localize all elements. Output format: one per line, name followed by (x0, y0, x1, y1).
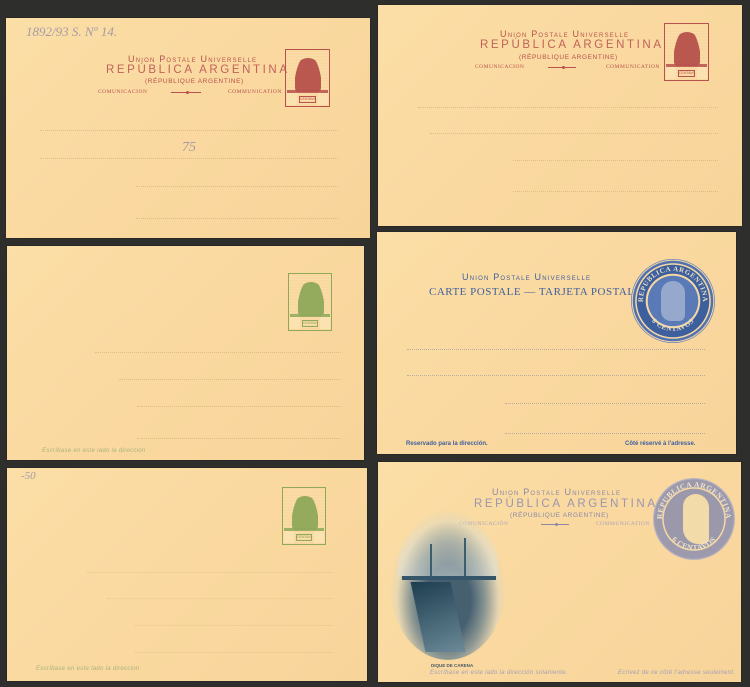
svg-text:6 CENTAVOS: 6 CENTAVOS (670, 535, 718, 552)
photo-caption: DIQUE DE CARENA (431, 663, 473, 668)
address-line (513, 191, 718, 192)
postcard-4: Union Postale Universelle CARTE POSTALE … (377, 232, 736, 454)
postcard-1: 1892/93 S. Nº 14. Union Postale Universe… (6, 18, 370, 238)
address-line (418, 107, 718, 108)
stamp-value-right: 6 (697, 67, 707, 79)
address-line (95, 352, 341, 353)
footnote-right: Ecrivez de ce côté l'adresse seulement. (618, 670, 735, 676)
header-upu: Union Postale Universelle (500, 29, 629, 39)
footnote-left: Reservado para la dirección. (406, 441, 488, 447)
header-title: CARTE POSTALE — TARJETA POSTAL (429, 286, 635, 298)
address-line (107, 598, 333, 599)
stamp-label: CENTAVOS (678, 70, 695, 77)
label-communication: COMMUNICATION (596, 521, 650, 527)
svg-text:6 CENTAVOS: 6 CENTAVOS (650, 317, 696, 333)
label-comunicacion: COMUNICACION (98, 89, 147, 95)
address-line (430, 133, 718, 134)
postcard-2: Union Postale Universelle REPÚBLICA ARGE… (378, 5, 742, 226)
stamp-2-centavos: 2 CENTAVOS 2 (282, 487, 326, 545)
stamp-label: CENTAVOS (302, 320, 318, 327)
header-country-fr: (RÉPUBLIQUE ARGENTINE) (145, 78, 244, 85)
address-line (119, 379, 341, 380)
svg-text:REPUBLICA ARGENTINA: REPUBLICA ARGENTINA (655, 480, 733, 520)
postcard-6: Union Postale Universelle REPÚBLICA ARGE… (378, 462, 741, 682)
address-line (137, 438, 341, 439)
stamp-value-right: 6 (318, 93, 328, 105)
stamp-ring-text: REPUBLICA ARGENTINA 6 CENTAVOS (653, 478, 735, 560)
footnote-address: Escríbase en este lado la direccion (42, 448, 146, 454)
header-country: REPÚBLICA ARGENTINA (106, 64, 290, 76)
address-line (505, 403, 705, 404)
address-line (407, 349, 705, 350)
divider-ornament (548, 67, 576, 68)
header-upu: Union Postale Universelle (128, 54, 257, 64)
label-comunicacion: COMUNICACION (475, 64, 524, 70)
address-line (505, 433, 705, 434)
stamp-liberty-head-6-centavos: REPUBLICA ARGENTINA 6 CENTAVOS (631, 259, 715, 343)
handwritten-annotation: 1892/93 S. Nº 14. (26, 24, 117, 40)
label-communication: COMMUNICATION (606, 64, 660, 70)
stamp-value-right: 2 (314, 531, 324, 543)
stamp-6-centavos: 6 CENTAVOS 6 (285, 49, 330, 107)
address-line (136, 186, 338, 187)
header-country-fr: (RÉPUBLIQUE ARGENTINE) (519, 54, 618, 61)
header-upu: Union Postale Universelle (462, 272, 591, 282)
address-line (137, 406, 341, 407)
label-communication: COMMUNICATION (228, 89, 282, 95)
handwritten-mark: 75 (182, 140, 196, 156)
stamp-value-left: 2 (290, 317, 300, 329)
postcard-5: -50 2 CENTAVOS 2 Escríbase en este lado … (7, 468, 367, 681)
address-line (87, 572, 333, 573)
stamp-value-left: 6 (666, 67, 676, 79)
address-line (136, 218, 338, 219)
svg-text:REPUBLICA ARGENTINA: REPUBLICA ARGENTINA (637, 265, 709, 302)
postcard-3: 2 CENTAVOS 2 Escríbase en este lado la d… (7, 246, 364, 460)
divider-ornament (541, 524, 569, 525)
footnote-right: Côté réservé à l'adresse. (625, 441, 695, 447)
address-line (135, 652, 333, 653)
divider-ornament (171, 92, 201, 93)
address-line (40, 158, 338, 159)
header-country-fr: (RÉPUBLIQUE ARGENTINE) (510, 512, 609, 519)
address-line (407, 375, 705, 376)
header-upu: Union Postale Universelle (492, 487, 621, 497)
stamp-6-centavos: 6 CENTAVOS 6 (664, 23, 709, 81)
portrait-icon (674, 32, 700, 66)
stamp-value-right: 2 (320, 317, 330, 329)
footnote-address: Escríbase en este lado la direccion (36, 666, 140, 672)
stamp-value-left: 6 (287, 93, 297, 105)
address-line (513, 160, 718, 161)
stamp-label: CENTAVOS (299, 96, 316, 103)
stamp-2-centavos: 2 CENTAVOS 2 (288, 273, 332, 331)
address-line (135, 625, 333, 626)
footnote-left: Escríbase en este lado la dirección sola… (430, 670, 568, 676)
stamp-profile-6-centavos: REPUBLICA ARGENTINA 6 CENTAVOS (653, 478, 735, 560)
portrait-icon (292, 496, 318, 530)
photo-dry-dock (390, 510, 506, 660)
portrait-icon (295, 58, 321, 92)
header-country: REPÚBLICA ARGENTINA (474, 498, 658, 510)
address-line (40, 130, 338, 131)
stamp-value-left: 2 (284, 531, 294, 543)
handwritten-annotation: -50 (21, 470, 36, 482)
portrait-icon (298, 282, 324, 316)
stamp-ring-text: REPUBLICA ARGENTINA 6 CENTAVOS (631, 259, 715, 343)
stamp-label: CENTAVOS (296, 534, 312, 541)
header-country: REPÚBLICA ARGENTINA (480, 39, 664, 51)
